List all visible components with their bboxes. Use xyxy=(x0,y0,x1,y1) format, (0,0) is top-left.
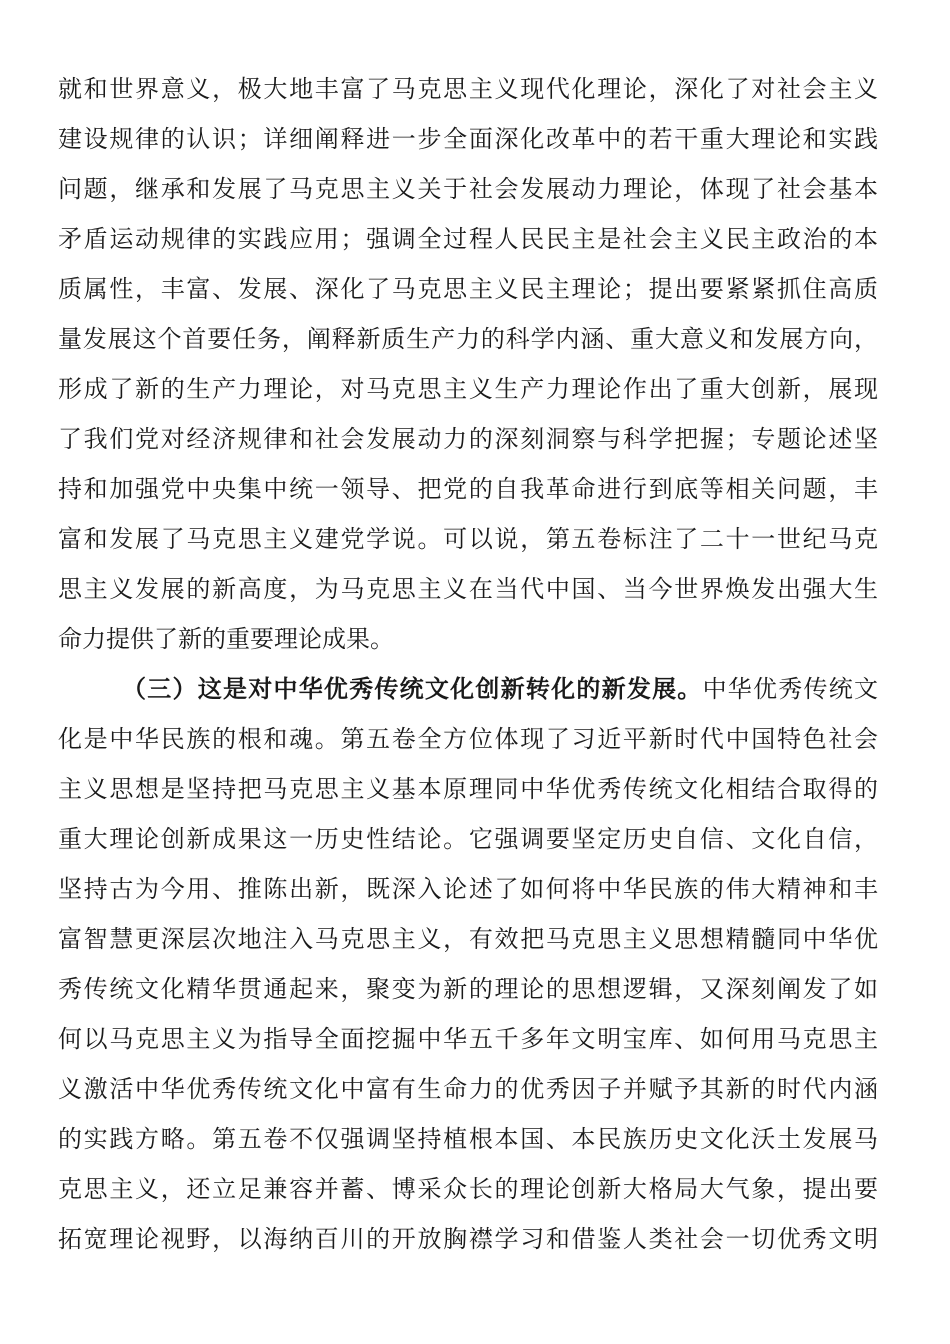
text-line: 富智慧更深层次地注入马克思主义，有效把马克思主义思想精髓同中华优 xyxy=(58,914,878,964)
paragraph-continuation: 就和世界意义，极大地丰富了马克思主义现代化理论，深化了对社会主义 建设规律的认识… xyxy=(58,64,878,664)
section-heading-line: （三）这是对中华优秀传统文化创新转化的新发展。中华优秀传统文 xyxy=(58,664,878,714)
text-line: 主义思想是坚持把马克思主义基本原理同中华优秀传统文化相结合取得的 xyxy=(58,764,878,814)
text-line: 就和世界意义，极大地丰富了马克思主义现代化理论，深化了对社会主义 xyxy=(58,64,878,114)
text-line: 问题，继承和发展了马克思主义关于社会发展动力理论，体现了社会基本 xyxy=(58,164,878,214)
text-line: 量发展这个首要任务，阐释新质生产力的科学内涵、重大意义和发展方向， xyxy=(58,314,878,364)
document-page: 就和世界意义，极大地丰富了马克思主义现代化理论，深化了对社会主义 建设规律的认识… xyxy=(58,64,878,1264)
text-line: 建设规律的认识；详细阐释进一步全面深化改革中的若干重大理论和实践 xyxy=(58,114,878,164)
text-line: 义激活中华优秀传统文化中富有生命力的优秀因子并赋予其新的时代内涵 xyxy=(58,1064,878,1114)
text-line: 了我们党对经济规律和社会发展动力的深刻洞察与科学把握；专题论述坚 xyxy=(58,414,878,464)
text-line: 思主义发展的新高度，为马克思主义在当代中国、当今世界焕发出强大生 xyxy=(58,564,878,614)
text-line: 化是中华民族的根和魂。第五卷全方位体现了习近平新时代中国特色社会 xyxy=(58,714,878,764)
text-line: 何以马克思主义为指导全面挖掘中华五千多年文明宝库、如何用马克思主 xyxy=(58,1014,878,1064)
text-line: 克思主义，还立足兼容并蓄、博采众长的理论创新大格局大气象，提出要 xyxy=(58,1164,878,1214)
text-line: 的实践方略。第五卷不仅强调坚持植根本国、本民族历史文化沃土发展马 xyxy=(58,1114,878,1164)
text-line: 富和发展了马克思主义建党学说。可以说，第五卷标注了二十一世纪马克 xyxy=(58,514,878,564)
text-line: 持和加强党中央集中统一领导、把党的自我革命进行到底等相关问题，丰 xyxy=(58,464,878,514)
text-line: 命力提供了新的重要理论成果。 xyxy=(58,614,878,664)
text-line: 形成了新的生产力理论，对马克思主义生产力理论作出了重大创新，展现 xyxy=(58,364,878,414)
text-line: 坚持古为今用、推陈出新，既深入论述了如何将中华民族的伟大精神和丰 xyxy=(58,864,878,914)
text-line: 重大理论创新成果这一历史性结论。它强调要坚定历史自信、文化自信， xyxy=(58,814,878,864)
text-line: 拓宽理论视野，以海纳百川的开放胸襟学习和借鉴人类社会一切优秀文明 xyxy=(58,1214,878,1264)
text-line: 秀传统文化精华贯通起来，聚变为新的理论的思想逻辑，又深刻阐发了如 xyxy=(58,964,878,1014)
paragraph-section-three: （三）这是对中华优秀传统文化创新转化的新发展。中华优秀传统文 化是中华民族的根和… xyxy=(58,664,878,1264)
text-line: 矛盾运动规律的实践应用；强调全过程人民民主是社会主义民主政治的本 xyxy=(58,214,878,264)
heading-tail-text: 中华优秀传统文 xyxy=(703,675,878,703)
text-line: 质属性，丰富、发展、深化了马克思主义民主理论；提出要紧紧抓住高质 xyxy=(58,264,878,314)
section-heading: （三）这是对中华优秀传统文化创新转化的新发展。 xyxy=(122,675,703,703)
